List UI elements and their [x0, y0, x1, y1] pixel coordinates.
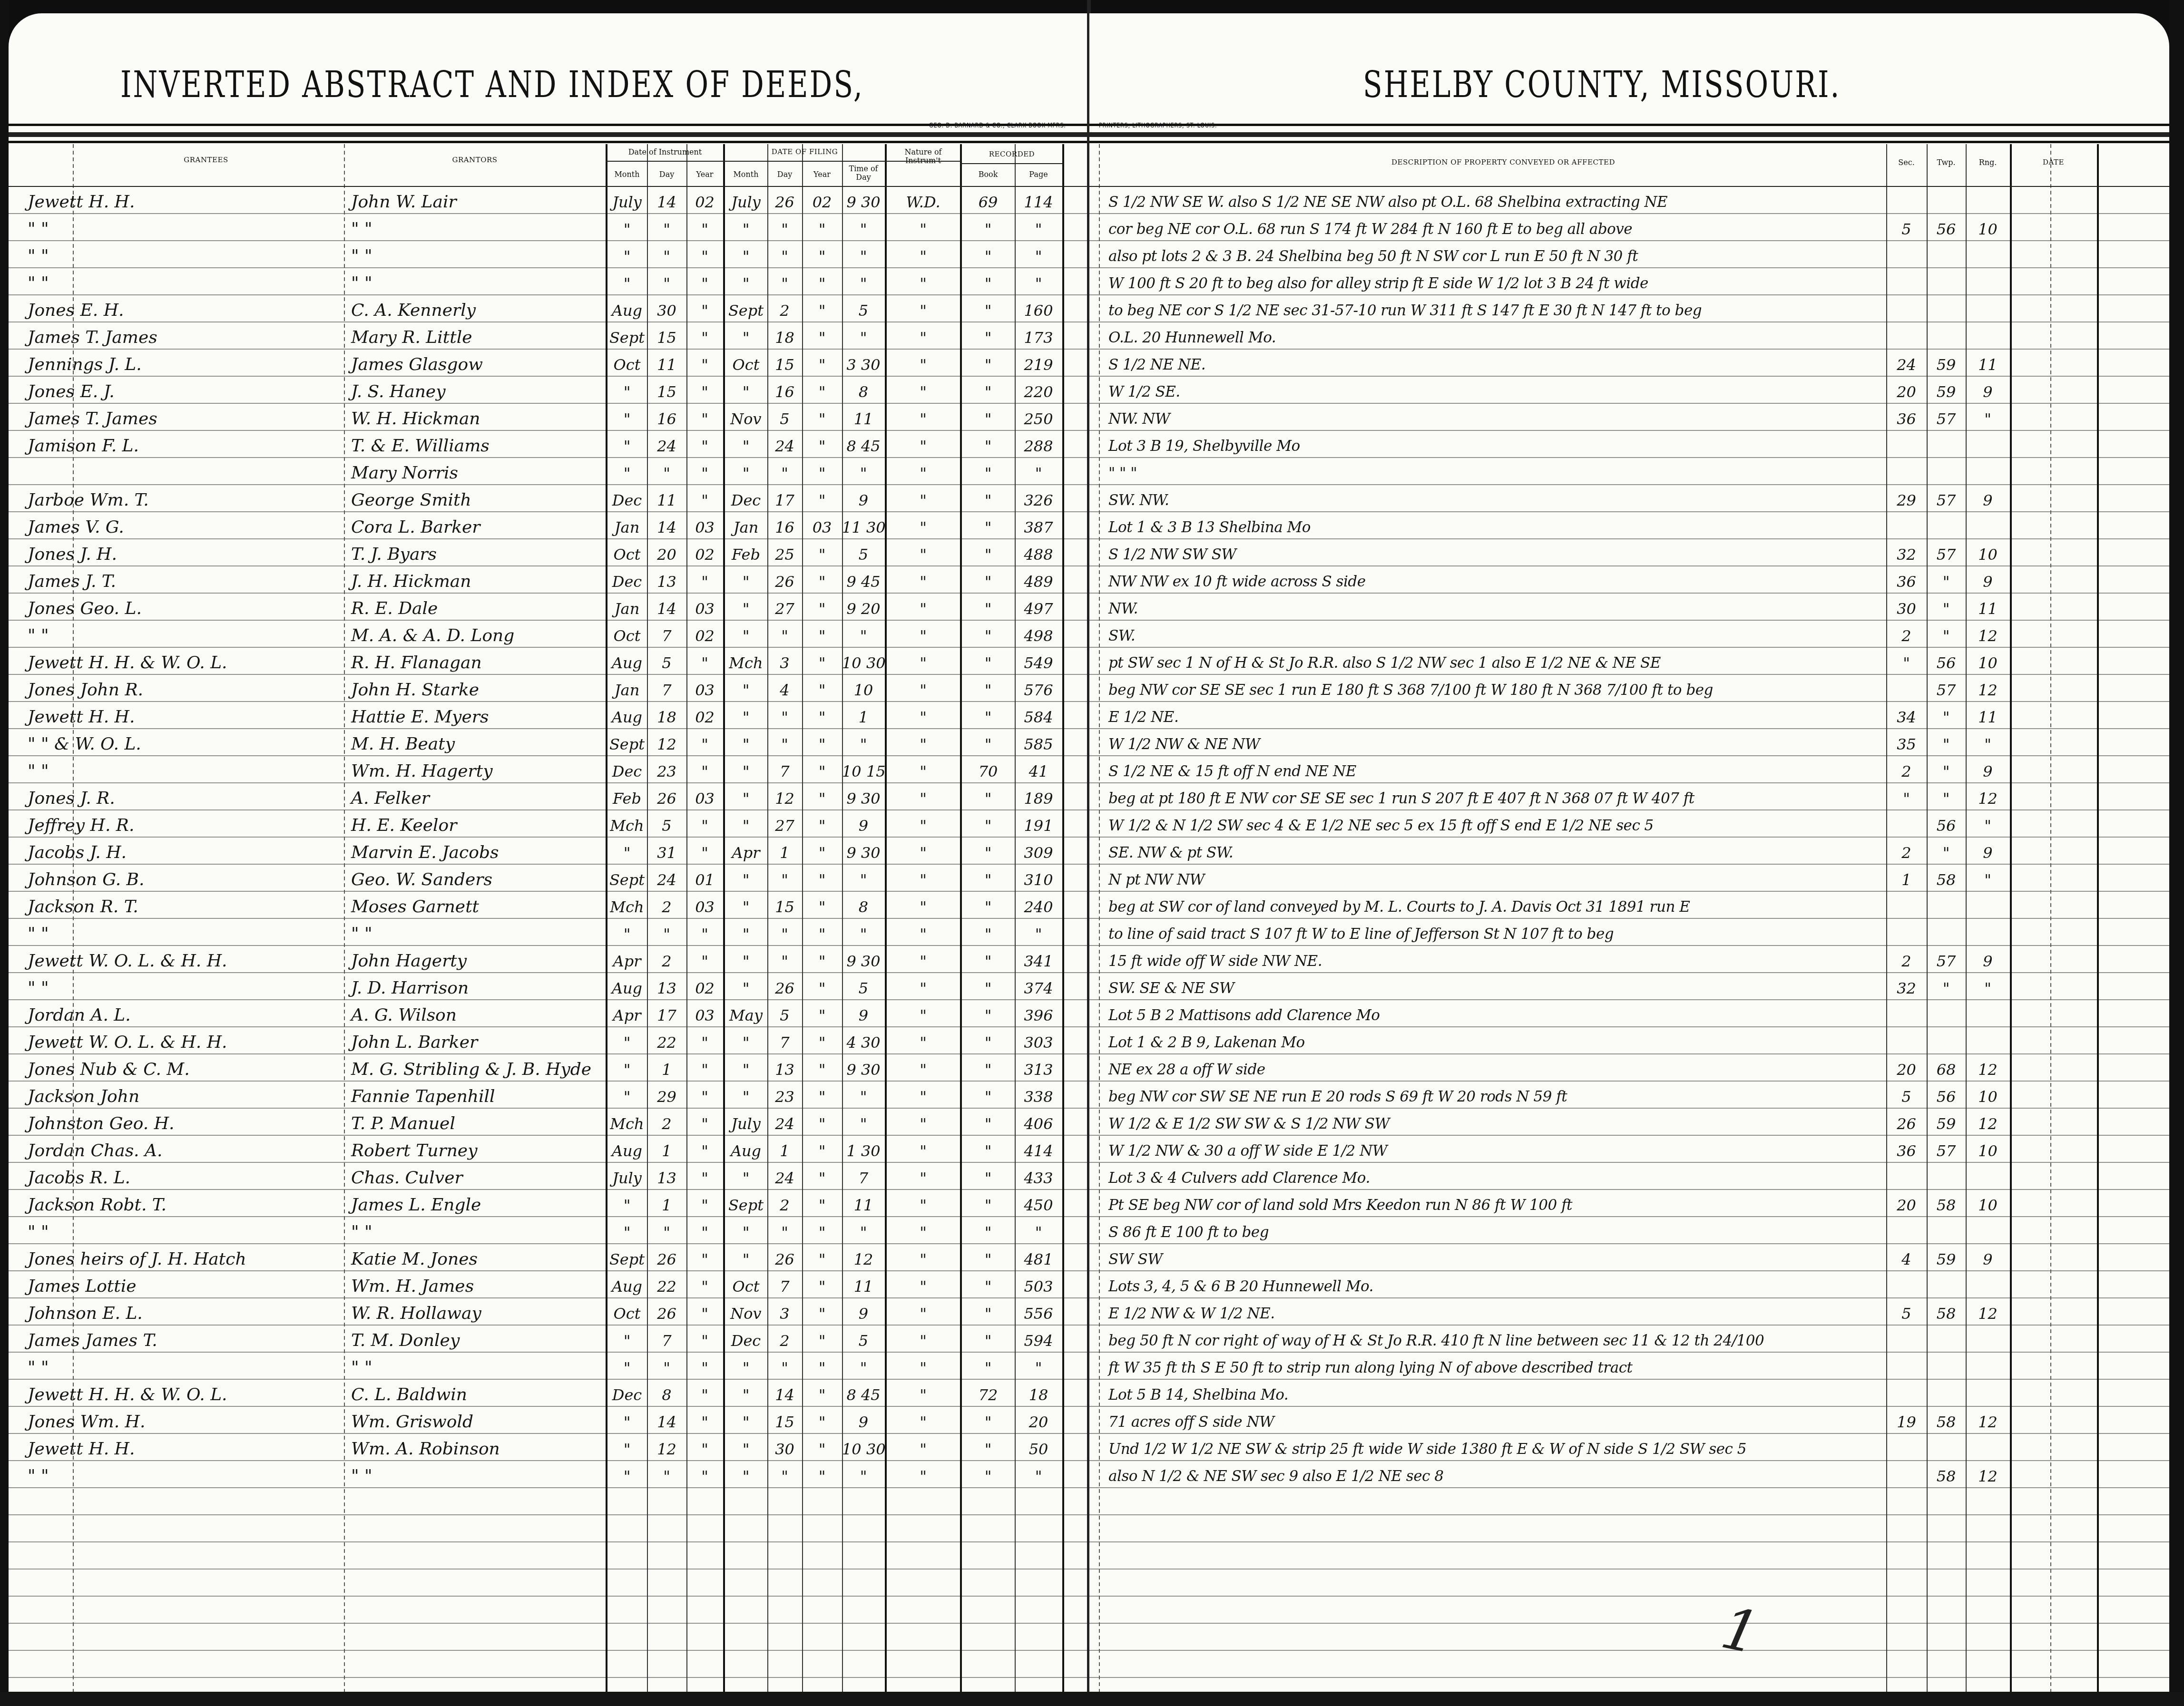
cell-f-year: "	[802, 326, 842, 349]
cell-i-year: 02	[686, 624, 723, 647]
cell-f-day: 17	[767, 489, 802, 512]
cell-twp: 56	[1927, 814, 1966, 837]
cell-f-year: "	[802, 597, 842, 620]
header-page: Page	[1015, 170, 1062, 179]
cell-f-year: "	[802, 1465, 842, 1488]
cell-grantor: W. R. Hollaway	[351, 1302, 603, 1325]
cell-i-year: "	[686, 1085, 723, 1108]
cell-i-day: "	[647, 1221, 686, 1244]
description-row: SE. NW & pt SW.2"9	[1089, 838, 2169, 866]
cell-twp: 59	[1927, 380, 1966, 403]
cell-i-day: 20	[647, 543, 686, 566]
cell-i-year: "	[686, 245, 723, 268]
cell-f-year: "	[802, 1058, 842, 1081]
cell-i-month: "	[607, 841, 647, 864]
cell-twp	[1927, 245, 1966, 268]
cell-grantor: W. H. Hickman	[351, 408, 603, 430]
cell-grantee: James T. James	[28, 326, 342, 349]
cell-book: "	[961, 977, 1015, 1000]
cell-book: "	[961, 218, 1015, 241]
description-row: beg at pt 180 ft E NW cor SE SE sec 1 ru…	[1089, 784, 2169, 811]
cell-i-year: "	[686, 1275, 723, 1298]
cell-book: "	[961, 1329, 1015, 1352]
table-row: James V. G.Cora L. BarkerJan1403Jan16031…	[9, 513, 1088, 540]
table-row: Jones Nub & C. M.M. G. Stribling & J. B.…	[9, 1055, 1088, 1082]
cell-i-month: Mch	[607, 1112, 647, 1135]
cell-book: "	[961, 597, 1015, 620]
cell-rng: 12	[1966, 787, 2010, 810]
cell-rng	[1966, 516, 2010, 539]
table-row: Jones heirs of J. H. HatchKatie M. Jones…	[9, 1245, 1088, 1272]
cell-f-year: "	[802, 1384, 842, 1406]
cell-sec	[1886, 1004, 1927, 1027]
cell-f-day: "	[767, 462, 802, 485]
cell-twp: 56	[1927, 1085, 1966, 1108]
cell-twp	[1927, 923, 1966, 946]
cell-i-year: "	[686, 1112, 723, 1135]
cell-i-year: "	[686, 408, 723, 430]
cell-text: beg NW cor SE SE sec 1 run E 180 ft S 36…	[1108, 679, 1884, 702]
cell-book: "	[961, 1438, 1015, 1461]
cell-f-day: 24	[767, 1167, 802, 1189]
cell-sec: 20	[1886, 1194, 1927, 1217]
cell-f-year: "	[802, 814, 842, 837]
cell-rng: 10	[1966, 1085, 2010, 1108]
table-row: Jackson R. T.Moses GarnettMch203"15"8""2…	[9, 893, 1088, 920]
cell-grantor: J. H. Hickman	[351, 570, 603, 593]
description-row: W 1/2 & E 1/2 SW SW & S 1/2 NW SW265912	[1089, 1110, 2169, 1137]
cell-i-year: "	[686, 760, 723, 783]
cell-nature: "	[886, 977, 960, 1000]
cell-grantee: James J. T.	[28, 570, 342, 593]
cell-i-day: 1	[647, 1058, 686, 1081]
cell-grantor: Marvin E. Jacobs	[351, 841, 603, 864]
cell-text: cor beg NE cor O.L. 68 run S 174 ft W 28…	[1108, 218, 1884, 241]
cell-i-year: 03	[686, 787, 723, 810]
table-row: Jones E. H.C. A. KennerlyAug30"Sept2"5""…	[9, 296, 1088, 323]
cell-sec: "	[1886, 652, 1927, 674]
cell-text: S 1/2 NW SW SW	[1108, 543, 1884, 566]
cell-f-year: "	[802, 1248, 842, 1271]
cell-book: "	[961, 1411, 1015, 1433]
cell-f-month: "	[725, 597, 767, 620]
cell-book: "	[961, 652, 1015, 674]
cell-f-year: 02	[802, 191, 842, 214]
description-row: SW.2"12	[1089, 622, 2169, 649]
cell-i-year: "	[686, 1329, 723, 1352]
cell-text: NW. NW	[1108, 408, 1884, 430]
description-row: Lot 3 & 4 Culvers add Clarence Mo.	[1089, 1164, 2169, 1191]
cell-nature: "	[886, 1221, 960, 1244]
cell-book: "	[961, 326, 1015, 349]
cell-book: "	[961, 1356, 1015, 1379]
cell-sec	[1886, 191, 1927, 214]
cell-i-month: "	[607, 1221, 647, 1244]
header-twp: Twp.	[1927, 158, 1966, 167]
cell-grantee: " "	[28, 977, 342, 1000]
cell-rng: 12	[1966, 624, 2010, 647]
cell-i-year: "	[686, 353, 723, 376]
table-row: Mary Norris""""""""""	[9, 459, 1088, 486]
cell-grantor: Hattie E. Myers	[351, 706, 603, 729]
cell-i-day: 31	[647, 841, 686, 864]
cell-sec	[1886, 923, 1927, 946]
cell-twp	[1927, 896, 1966, 918]
cell-nature: "	[886, 1085, 960, 1108]
cell-page: 556	[1015, 1302, 1062, 1325]
cell-twp: "	[1927, 706, 1966, 729]
cell-rng	[1966, 1221, 2010, 1244]
cell-f-year: "	[802, 462, 842, 485]
cell-time: 5	[842, 543, 885, 566]
cell-i-year: "	[686, 570, 723, 593]
cell-sec: 32	[1886, 543, 1927, 566]
cell-nature: "	[886, 597, 960, 620]
cell-i-day: 26	[647, 1248, 686, 1271]
cell-i-year: 03	[686, 679, 723, 702]
cell-grantee: " "	[28, 923, 342, 946]
table-row: Jones J. R.A. FelkerFeb2603"12"9 30""189	[9, 784, 1088, 811]
cell-sec	[1886, 1275, 1927, 1298]
cell-i-day: 13	[647, 570, 686, 593]
cell-grantee: " "	[28, 1221, 342, 1244]
cell-rng	[1966, 245, 2010, 268]
cell-nature: "	[886, 516, 960, 539]
cell-f-day: 23	[767, 1085, 802, 1108]
cell-rng	[1966, 896, 2010, 918]
description-row: N pt NW NW158"	[1089, 866, 2169, 893]
header-filing-day: Day	[767, 170, 802, 179]
cell-book: "	[961, 489, 1015, 512]
cell-time: "	[842, 218, 885, 241]
table-row: Jones Geo. L.R. E. DaleJan1403"27"9 20""…	[9, 595, 1088, 622]
cell-sec: 36	[1886, 408, 1927, 430]
cell-f-day: 14	[767, 1384, 802, 1406]
cell-grantor: George Smith	[351, 489, 603, 512]
cell-text: to beg NE cor S 1/2 NE sec 31-57-10 run …	[1108, 299, 1884, 322]
table-row: Jones J. H.T. J. ByarsOct2002Feb25"5""48…	[9, 540, 1088, 567]
cell-f-day: 26	[767, 570, 802, 593]
cell-time: 9	[842, 489, 885, 512]
description-row: 71 acres off S side NW195812	[1089, 1408, 2169, 1435]
cell-grantee: James T. James	[28, 408, 342, 430]
cell-f-month: "	[725, 245, 767, 268]
cell-f-month: "	[725, 1438, 767, 1461]
cell-page: 219	[1015, 353, 1062, 376]
cell-sec: 5	[1886, 1085, 1927, 1108]
cell-f-year: "	[802, 245, 842, 268]
description-row: E 1/2 NW & W 1/2 NE.55812	[1089, 1299, 2169, 1326]
cell-text: S 1/2 NE NE.	[1108, 353, 1884, 376]
header-month: Month	[607, 170, 647, 179]
table-row: Jewett H. H.John W. LairJuly1402July2602…	[9, 188, 1088, 215]
cell-f-day: 16	[767, 516, 802, 539]
cell-i-day: 30	[647, 299, 686, 322]
cell-i-year: "	[686, 1384, 723, 1406]
cell-grantor: " "	[351, 245, 603, 268]
header-rule	[9, 124, 1088, 126]
cell-f-month: "	[725, 1221, 767, 1244]
cell-f-month: "	[725, 218, 767, 241]
cell-nature: "	[886, 1329, 960, 1352]
cell-f-day: 13	[767, 1058, 802, 1081]
cell-f-day: "	[767, 1356, 802, 1379]
cell-text: " " "	[1108, 462, 1884, 485]
cell-grantor: Cora L. Barker	[351, 516, 603, 539]
cell-book: "	[961, 1194, 1015, 1217]
cell-time: 9	[842, 1302, 885, 1325]
cell-book: "	[961, 1275, 1015, 1298]
cell-f-day: 26	[767, 977, 802, 1000]
cell-i-month: July	[607, 191, 647, 214]
cell-time: 10 15	[842, 760, 885, 783]
cell-f-year: "	[802, 1302, 842, 1325]
cell-text: W 1/2 & E 1/2 SW SW & S 1/2 NW SW	[1108, 1112, 1884, 1135]
cell-rng: 10	[1966, 1194, 2010, 1217]
cell-nature: "	[886, 272, 960, 295]
cell-i-day: 8	[647, 1384, 686, 1406]
cell-f-day: 1	[767, 1140, 802, 1162]
cell-i-year: "	[686, 1465, 723, 1488]
cell-grantor: John Hagerty	[351, 950, 603, 973]
cell-nature: "	[886, 733, 960, 756]
cell-rng: "	[1966, 814, 2010, 837]
cell-grantor: " "	[351, 1465, 603, 1488]
cell-sec	[1886, 1465, 1927, 1488]
description-row: W 1/2 NW & NE NW35""	[1089, 730, 2169, 757]
cell-twp: 58	[1927, 868, 1966, 891]
cell-rng: "	[1966, 868, 2010, 891]
cell-grantee: Jewett W. O. L. & H. H.	[28, 950, 342, 973]
cell-f-day: 2	[767, 299, 802, 322]
cell-page: "	[1015, 1465, 1062, 1488]
cell-i-year: "	[686, 950, 723, 973]
cell-book: "	[961, 624, 1015, 647]
description-row: S 1/2 NW SW SW325710	[1089, 540, 2169, 567]
cell-twp: "	[1927, 570, 1966, 593]
cell-grantee: Jones Nub & C. M.	[28, 1058, 342, 1081]
cell-time: 1 30	[842, 1140, 885, 1162]
cell-book: "	[961, 462, 1015, 485]
cell-time: "	[842, 245, 885, 268]
cell-grantee: Jacobs J. H.	[28, 841, 342, 864]
cell-grantor: Geo. W. Sanders	[351, 868, 603, 891]
cell-f-day: 16	[767, 380, 802, 403]
description-row: Pt SE beg NW cor of land sold Mrs Keedon…	[1089, 1191, 2169, 1218]
cell-grantee: Jewett W. O. L. & H. H.	[28, 1031, 342, 1054]
cell-rng: 9	[1966, 1248, 2010, 1271]
cell-book: "	[961, 1167, 1015, 1189]
cell-f-day: 15	[767, 896, 802, 918]
cell-f-day: 7	[767, 1275, 802, 1298]
cell-text: Lot 1 & 2 B 9, Lakenan Mo	[1108, 1031, 1884, 1054]
cell-rng: "	[1966, 408, 2010, 430]
cell-nature: "	[886, 326, 960, 349]
cell-rng	[1966, 462, 2010, 485]
cell-book: "	[961, 950, 1015, 973]
table-row: Jackson Robt. T.James L. Engle"1"Sept2"1…	[9, 1191, 1088, 1218]
cell-f-day: "	[767, 1465, 802, 1488]
cell-f-day: 7	[767, 760, 802, 783]
cell-page: "	[1015, 1356, 1062, 1379]
cell-grantee: Jennings J. L.	[28, 353, 342, 376]
cell-sec: 2	[1886, 760, 1927, 783]
cell-sec	[1886, 1221, 1927, 1244]
cell-f-year: "	[802, 1275, 842, 1298]
cell-book: "	[961, 245, 1015, 268]
cell-f-year: "	[802, 408, 842, 430]
cell-page: 549	[1015, 652, 1062, 674]
cell-f-year: "	[802, 706, 842, 729]
cell-nature: "	[886, 570, 960, 593]
cell-f-day: 4	[767, 679, 802, 702]
cell-grantor: M. A. & A. D. Long	[351, 624, 603, 647]
header-rule	[1089, 124, 2169, 126]
cell-rng	[1966, 923, 2010, 946]
cell-i-year: "	[686, 1140, 723, 1162]
cell-f-month: "	[725, 1411, 767, 1433]
cell-time: 1	[842, 706, 885, 729]
cell-f-year: "	[802, 977, 842, 1000]
table-row: Jarboe Wm. T.George SmithDec11"Dec17"9""…	[9, 486, 1088, 513]
cell-nature: "	[886, 1411, 960, 1433]
cell-time: 3 30	[842, 353, 885, 376]
cell-f-year: "	[802, 570, 842, 593]
cell-f-day: 25	[767, 543, 802, 566]
table-row: Jackson JohnFannie Tapenhill"29""23""""3…	[9, 1082, 1088, 1110]
cell-grantee: " "	[28, 1356, 342, 1379]
cell-grantee: Jones J. H.	[28, 543, 342, 566]
cell-nature: "	[886, 218, 960, 241]
cell-time: 5	[842, 1329, 885, 1352]
description-row: SW. NW.29579	[1089, 486, 2169, 513]
cell-page: 414	[1015, 1140, 1062, 1162]
left-page: INVERTED ABSTRACT AND INDEX OF DEEDS, GE…	[9, 13, 1088, 1692]
cell-grantor: Robert Turney	[351, 1140, 603, 1162]
cell-book: "	[961, 1085, 1015, 1108]
cell-twp	[1927, 1004, 1966, 1027]
cell-page: 584	[1015, 706, 1062, 729]
description-row: Lot 1 & 2 B 9, Lakenan Mo	[1089, 1028, 2169, 1055]
cell-grantee: Jones John R.	[28, 679, 342, 702]
cell-twp: "	[1927, 733, 1966, 756]
cell-time: 10 30	[842, 1438, 885, 1461]
description-row: W 1/2 SE.20599	[1089, 378, 2169, 405]
cell-time: 9 30	[842, 1058, 885, 1081]
cell-grantor: H. E. Keelor	[351, 814, 603, 837]
cell-page: 481	[1015, 1248, 1062, 1271]
cell-nature: "	[886, 814, 960, 837]
cell-rng	[1966, 326, 2010, 349]
cell-f-year: "	[802, 1438, 842, 1461]
cell-f-day: 15	[767, 1411, 802, 1433]
cell-time: "	[842, 923, 885, 946]
cell-rng: 10	[1966, 652, 2010, 674]
cell-i-year: "	[686, 489, 723, 512]
cell-f-day: "	[767, 868, 802, 891]
cell-sec: 35	[1886, 733, 1927, 756]
cell-nature: "	[886, 1384, 960, 1406]
cell-nature: "	[886, 380, 960, 403]
cell-i-month: Feb	[607, 787, 647, 810]
cell-text: ft W 35 ft th S E 50 ft to strip run alo…	[1108, 1356, 1884, 1379]
cell-rng	[1966, 1275, 2010, 1298]
cell-i-day: 13	[647, 977, 686, 1000]
cell-sec	[1886, 1167, 1927, 1189]
cell-f-month: Feb	[725, 543, 767, 566]
cell-grantor: A. G. Wilson	[351, 1004, 603, 1027]
cell-grantee: Johnson G. B.	[28, 868, 342, 891]
cell-f-year: "	[802, 841, 842, 864]
table-row: " "" """""""""""	[9, 1462, 1088, 1489]
cell-i-day: 2	[647, 950, 686, 973]
cell-page: 489	[1015, 570, 1062, 593]
cell-i-year: "	[686, 1031, 723, 1054]
cell-twp	[1927, 1384, 1966, 1406]
description-row: W 100 ft S 20 ft to beg also for alley s…	[1089, 269, 2169, 296]
table-row: Jewett H. H. & W. O. L.C. L. BaldwinDec8…	[9, 1381, 1088, 1408]
cell-rng: 11	[1966, 353, 2010, 376]
cell-page: 240	[1015, 896, 1062, 918]
cell-f-month: "	[725, 1248, 767, 1271]
cell-i-year: "	[686, 326, 723, 349]
cell-i-year: "	[686, 1411, 723, 1433]
cell-i-day: 14	[647, 516, 686, 539]
cell-book: "	[961, 1221, 1015, 1244]
cell-f-year: "	[802, 218, 842, 241]
cell-sec	[1886, 245, 1927, 268]
cell-f-day: 27	[767, 597, 802, 620]
cell-twp	[1927, 516, 1966, 539]
cell-rng: 12	[1966, 1302, 2010, 1325]
cell-text: SW. NW.	[1108, 489, 1884, 512]
table-row: Jewett H. H. & W. O. L.R. H. FlanaganAug…	[9, 649, 1088, 676]
cell-i-month: Jan	[607, 679, 647, 702]
cell-page: "	[1015, 462, 1062, 485]
cell-f-month: "	[725, 1356, 767, 1379]
cell-i-day: 14	[647, 191, 686, 214]
table-row: James James T.T. M. Donley"7"Dec2"5""594	[9, 1326, 1088, 1354]
cell-book: "	[961, 272, 1015, 295]
cell-grantee: Johnson E. L.	[28, 1302, 342, 1325]
cell-nature: "	[886, 1140, 960, 1162]
table-row: Jordan Chas. A.Robert TurneyAug1"Aug1"1 …	[9, 1137, 1088, 1164]
cell-time: 11	[842, 408, 885, 430]
cell-book: "	[961, 1058, 1015, 1081]
cell-f-month: May	[725, 1004, 767, 1027]
cell-time: "	[842, 1221, 885, 1244]
header-filing-year: Year	[802, 170, 842, 179]
cell-time: 9 20	[842, 597, 885, 620]
table-row: Jeffrey H. R.H. E. KeelorMch5""27"9""191	[9, 811, 1088, 838]
cell-i-day: 14	[647, 1411, 686, 1433]
cell-i-day: 7	[647, 679, 686, 702]
cell-text: S 1/2 NE & 15 ft off N end NE NE	[1108, 760, 1884, 783]
cell-page: 191	[1015, 814, 1062, 837]
cell-time: "	[842, 272, 885, 295]
cell-text: O.L. 20 Hunnewell Mo.	[1108, 326, 1884, 349]
cell-rng: 12	[1966, 1058, 2010, 1081]
cell-i-day: "	[647, 218, 686, 241]
cell-nature: W.D.	[886, 191, 960, 214]
description-row: NE ex 28 a off W side206812	[1089, 1055, 2169, 1082]
cell-nature: "	[886, 679, 960, 702]
cell-i-year: 03	[686, 896, 723, 918]
header-nature: Nature of Instrum't	[886, 148, 960, 165]
table-row: Johnston Geo. H.T. P. ManuelMch2"July24"…	[9, 1110, 1088, 1137]
cell-f-year: "	[802, 896, 842, 918]
cell-f-month: "	[725, 1384, 767, 1406]
